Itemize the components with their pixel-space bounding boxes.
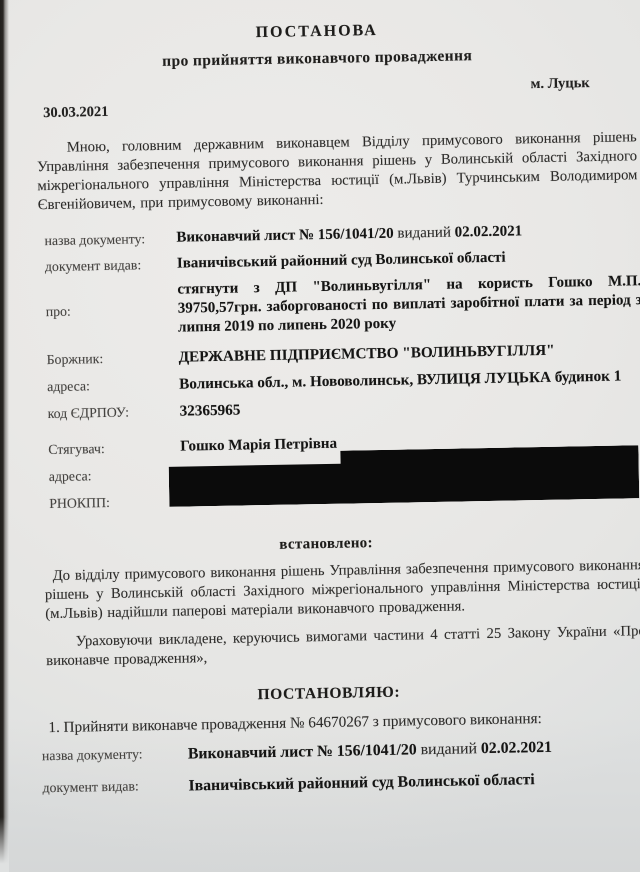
resolution-document: ПОСТАНОВА про прийняття виконавчого пров… xyxy=(0,0,640,811)
case-fields: назва документу:Виконавчий лист № 156/10… xyxy=(0,220,640,341)
resolution-item: 1. Прийняти виконавче провадження № 6467… xyxy=(35,707,640,737)
field-value: Іваничівський районний суд Волинської об… xyxy=(177,246,640,273)
field-label: про: xyxy=(46,300,178,321)
field-label: документ видав: xyxy=(45,255,177,276)
document-photo: ПОСТАНОВА про прийняття виконавчого пров… xyxy=(0,0,640,872)
resolution-fields: назва документу:Виконавчий лист № 156/10… xyxy=(6,735,640,800)
field-value: Виконавчий лист № 156/1041/20 виданий 02… xyxy=(176,220,640,247)
field-label: Боржник: xyxy=(46,348,178,369)
field-row: код ЄДРПОУ:32365965 xyxy=(0,393,640,424)
intro-paragraph: Мною, головним державним виконавцем Відд… xyxy=(37,128,638,215)
field-label: Стягувач: xyxy=(48,438,180,459)
legal-basis-paragraph: Ураховуючи викладене, керуючись вимогами… xyxy=(46,622,640,671)
field-row: адреса:Волинська обл., м. Нововолинськ, … xyxy=(0,366,640,397)
photo-dark-edge xyxy=(0,0,9,872)
field-value: Іваничівський районний суд Волинської об… xyxy=(188,767,640,796)
debtor-fields: Боржник:ДЕРЖАВНЕ ПІДПРИЄМСТВО "ВОЛИНЬВУГ… xyxy=(0,339,640,424)
established-heading: встановлено: xyxy=(2,530,640,558)
field-label: адреса: xyxy=(47,375,179,396)
resolution-heading: ПОСТАНОВЛЯЮ: xyxy=(5,680,640,708)
field-row: назва документу:Виконавчий лист № 156/10… xyxy=(0,220,640,251)
field-value: стягнути з ДП "Волиньвугілля" на користь… xyxy=(177,272,640,337)
document-title: ПОСТАНОВА xyxy=(0,18,640,46)
field-label: РНОКПП: xyxy=(49,492,181,513)
field-value: ДЕРЖАВНЕ ПІДПРИЄМСТВО "ВОЛИНЬВУГІЛЛЯ" xyxy=(178,339,640,366)
field-label: назва документу: xyxy=(44,229,176,250)
field-row: назва документу:Виконавчий лист № 156/10… xyxy=(6,735,640,768)
field-row: Боржник:ДЕРЖАВНЕ ПІДПРИЄМСТВО "ВОЛИНЬВУГ… xyxy=(0,339,640,370)
field-value: Волинська обл., м. Нововолинськ, ВУЛИЦЯ … xyxy=(179,366,640,393)
document-subtitle: про прийняття виконавчого провадження xyxy=(0,44,640,74)
field-label: адреса: xyxy=(49,465,181,486)
field-label: код ЄДРПОУ: xyxy=(47,402,179,423)
field-row: документ видав:Іваничівський районний су… xyxy=(6,767,640,800)
established-paragraph: До відділу примусового виконання рішень … xyxy=(44,556,640,624)
field-label: назва документу: xyxy=(42,744,188,766)
field-value: Виконавчий лист № 156/1041/20 виданий 02… xyxy=(188,735,640,764)
field-row: про:стягнути з ДП "Волиньвугілля" на кор… xyxy=(0,272,640,341)
field-row: документ видав:Іваничівський районний су… xyxy=(0,246,640,277)
field-label: документ видав: xyxy=(42,776,188,798)
field-value: 32365965 xyxy=(179,393,640,420)
